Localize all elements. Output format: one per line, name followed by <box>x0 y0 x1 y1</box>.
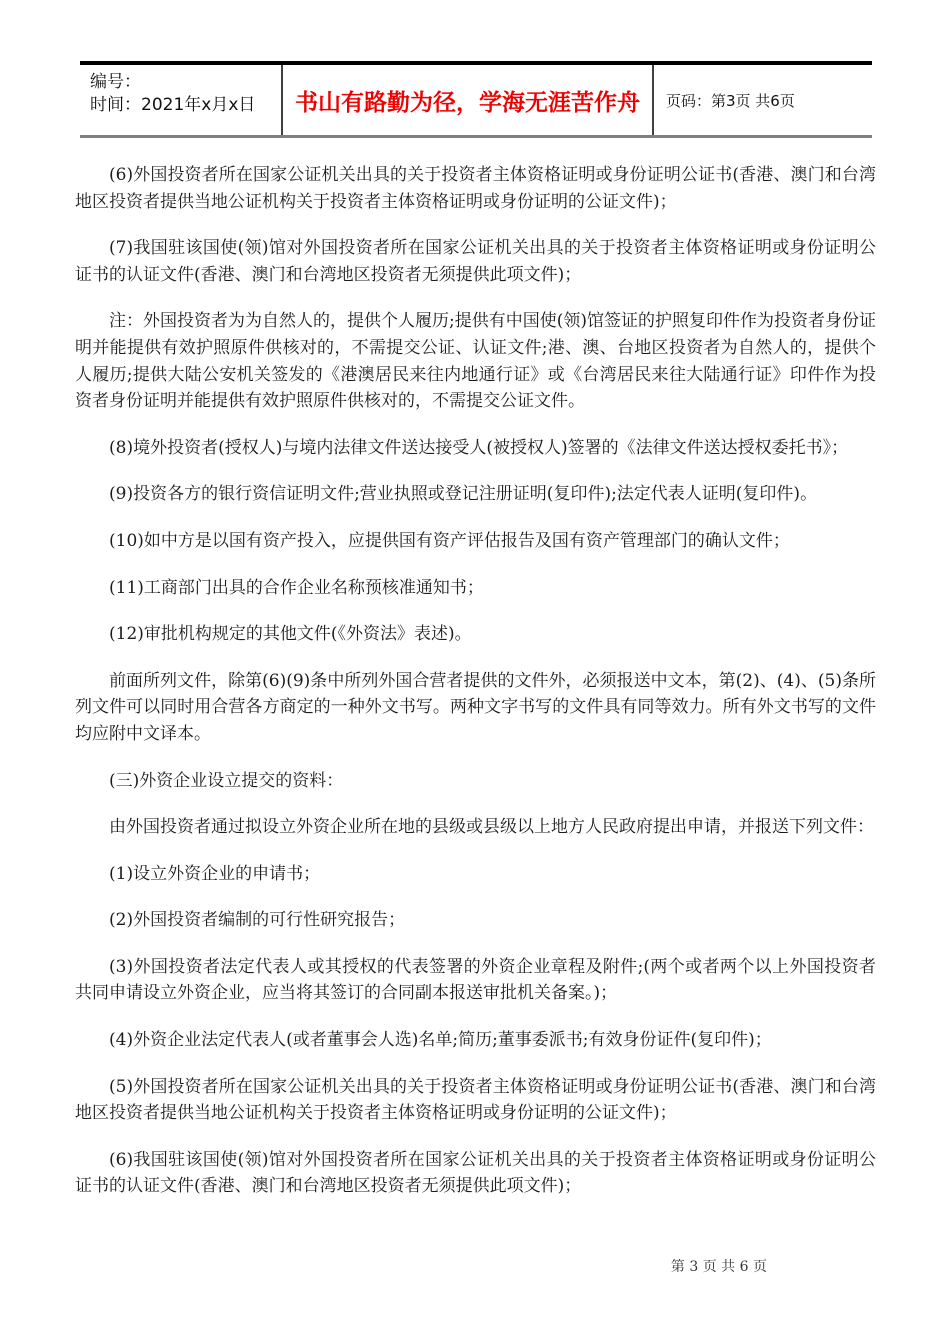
document-body: (6)外国投资者所在国家公证机关出具的关于投资者主体资格证明或身份证明公证书(香… <box>75 162 876 1200</box>
doc-date-label: 时间：2021年x月x日 <box>90 94 281 117</box>
paragraph: (10)如中方是以国有资产投入，应提供国有资产评估报告及国有资产管理部门的确认文… <box>75 528 876 555</box>
paragraph: (6)外国投资者所在国家公证机关出具的关于投资者主体资格证明或身份证明公证书(香… <box>75 162 876 215</box>
page-number-label: 页码：第3页 共6页 <box>666 90 795 111</box>
header-cell-meta: 编号： 时间：2021年x月x日 <box>80 65 281 135</box>
paragraph: (12)审批机构规定的其他文件(《外资法》表述)。 <box>75 621 876 648</box>
paragraph: 注：外国投资者为为自然人的，提供个人履历;提供有中国使(领)馆签证的护照复印件作… <box>75 308 876 414</box>
header-banner: 书山有路勤为径，学海无涯苦作舟 <box>281 65 654 135</box>
paragraph: (11)工商部门出具的合作企业名称预核准通知书； <box>75 575 876 602</box>
footer-page-indicator: 第 3 页 共 6 页 <box>671 1259 767 1275</box>
paragraph: (三)外资企业设立提交的资料： <box>75 768 876 795</box>
header-table: 编号： 时间：2021年x月x日 书山有路勤为径，学海无涯苦作舟 页码：第3页 … <box>80 61 872 138</box>
paragraph: (8)境外投资者(授权人)与境内法律文件送达接受人(被授权人)签署的《法律文件送… <box>75 435 876 462</box>
paragraph: (6)我国驻该国使(领)馆对外国投资者所在国家公证机关出具的关于投资者主体资格证… <box>75 1147 876 1200</box>
paragraph: (4)外资企业法定代表人(或者董事会人选)名单;简历;董事委派书;有效身份证件(… <box>75 1027 876 1054</box>
header-cell-page: 页码：第3页 共6页 <box>654 65 872 135</box>
document-page: 编号： 时间：2021年x月x日 书山有路勤为径，学海无涯苦作舟 页码：第3页 … <box>0 0 950 1344</box>
paragraph: (9)投资各方的银行资信证明文件;营业执照或登记注册证明(复印件);法定代表人证… <box>75 481 876 508</box>
paragraph: (2)外国投资者编制的可行性研究报告； <box>75 907 876 934</box>
page-footer: 第 3 页 共 6 页 <box>0 1256 767 1276</box>
paragraph: (5)外国投资者所在国家公证机关出具的关于投资者主体资格证明或身份证明公证书(香… <box>75 1074 876 1127</box>
paragraph: 由外国投资者通过拟设立外资企业所在地的县级或县级以上地方人民政府提出申请，并报送… <box>75 814 876 841</box>
doc-number-label: 编号： <box>90 71 281 94</box>
paragraph: (1)设立外资企业的申请书； <box>75 861 876 888</box>
paragraph: 前面所列文件，除第(6)(9)条中所列外国合营者提供的文件外，必须报送中文本，第… <box>75 668 876 748</box>
banner-text: 书山有路勤为径，学海无涯苦作舟 <box>295 84 640 117</box>
paragraph: (3)外国投资者法定代表人或其授权的代表签署的外资企业章程及附件;(两个或者两个… <box>75 954 876 1007</box>
paragraph: (7)我国驻该国使(领)馆对外国投资者所在国家公证机关出具的关于投资者主体资格证… <box>75 235 876 288</box>
